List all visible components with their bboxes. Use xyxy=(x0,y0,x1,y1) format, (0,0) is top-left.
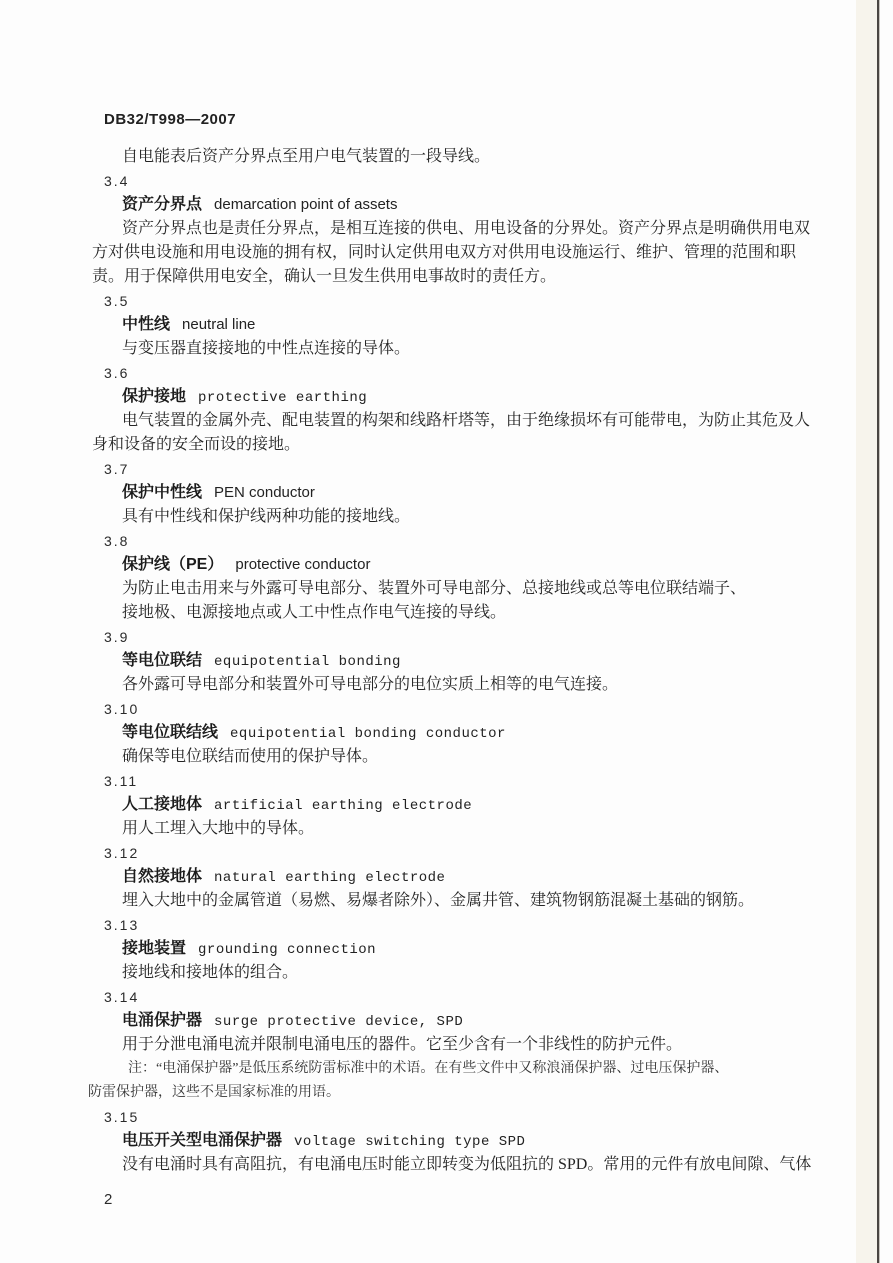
body-line: 接地极、电源接地点或人工中性点作电气连接的导线。 xyxy=(122,601,860,625)
term-en: protective conductor xyxy=(235,556,370,573)
body-line: 方对供电设施和用电设施的拥有权，同时认定供用电双方对供用电设施运行、维护、管理的… xyxy=(92,241,860,265)
page-content: DB32/T998—2007 自电能表后资产分界点至用户电气装置的一段导线。 3… xyxy=(0,108,860,1208)
term-line: 中性线neutral line xyxy=(122,313,860,337)
note-line: 防雷保护器，这些不是国家标准的用语。 xyxy=(88,1081,860,1105)
section-3-5: 3.5 中性线neutral line 与变压器直接接地的中性点连接的导体。 xyxy=(0,289,860,361)
section-3-7: 3.7 保护中性线PEN conductor 具有中性线和保护线两种功能的接地线… xyxy=(0,457,860,529)
term-zh: 接地装置 xyxy=(122,940,186,957)
term-en: PEN conductor xyxy=(214,484,315,501)
term-zh: 电涌保护器 xyxy=(122,1012,202,1029)
body-line: 没有电涌时具有高阻抗，有电涌电压时能立即转变为低阻抗的 SPD。常用的元件有放电… xyxy=(122,1153,860,1177)
body-line: 具有中性线和保护线两种功能的接地线。 xyxy=(122,505,860,529)
term-en: voltage switching type SPD xyxy=(294,1134,525,1150)
body-line: 为防止电击用来与外露可导电部分、装置外可导电部分、总接地线或总等电位联结端子、 xyxy=(122,577,860,601)
term-line: 资产分界点demarcation point of assets xyxy=(122,193,860,217)
body-line: 埋入大地中的金属管道（易燃、易爆者除外）、金属井管、建筑物钢筋混凝土基础的钢筋。 xyxy=(122,889,860,913)
body-line: 责。用于保障供用电安全，确认一旦发生供用电事故时的责任方。 xyxy=(92,265,860,289)
document-code-header: DB32/T998—2007 xyxy=(104,108,860,132)
term-en: equipotential bonding xyxy=(214,654,401,670)
term-line: 等电位联结线equipotential bonding conductor xyxy=(122,721,860,745)
term-zh: 自然接地体 xyxy=(122,868,202,885)
body-line: 资产分界点也是责任分界点，是相互连接的供电、用电设备的分界处。资产分界点是明确供… xyxy=(122,217,860,241)
section-number: 3.10 xyxy=(104,697,860,721)
section-number: 3.12 xyxy=(104,841,860,865)
term-zh: 保护线（PE） xyxy=(122,556,223,573)
term-zh: 保护中性线 xyxy=(122,484,202,501)
section-number: 3.11 xyxy=(104,769,860,793)
term-zh: 人工接地体 xyxy=(122,796,202,813)
section-3-14: 3.14 电涌保护器surge protective device, SPD 用… xyxy=(0,985,860,1105)
term-zh: 等电位联结 xyxy=(122,652,202,669)
term-en: surge protective device, SPD xyxy=(214,1014,463,1030)
page-number: 2 xyxy=(104,1191,860,1208)
body-line: 确保等电位联结而使用的保护导体。 xyxy=(122,745,860,769)
term-zh: 等电位联结线 xyxy=(122,724,218,741)
section-number: 3.7 xyxy=(104,457,860,481)
term-en: demarcation point of assets xyxy=(214,196,397,213)
section-3-11: 3.11 人工接地体artificial earthing electrode … xyxy=(0,769,860,841)
section-number: 3.9 xyxy=(104,625,860,649)
term-zh: 资产分界点 xyxy=(122,196,202,213)
term-line: 自然接地体natural earthing electrode xyxy=(122,865,860,889)
term-line: 等电位联结equipotential bonding xyxy=(122,649,860,673)
body-line: 用于分泄电涌电流并限制电涌电压的器件。它至少含有一个非线性的防护元件。 xyxy=(122,1033,860,1057)
term-line: 保护线（PE）protective conductor xyxy=(122,553,860,577)
body-line: 电气装置的金属外壳、配电装置的构架和线路杆塔等，由于绝缘损坏有可能带电，为防止其… xyxy=(122,409,860,433)
document-page: DB32/T998—2007 自电能表后资产分界点至用户电气装置的一段导线。 3… xyxy=(0,0,893,1263)
body-line: 用人工埋入大地中的导体。 xyxy=(122,817,860,841)
section-3-13: 3.13 接地装置grounding connection 接地线和接地体的组合… xyxy=(0,913,860,985)
section-number: 3.14 xyxy=(104,985,860,1009)
body-line: 接地线和接地体的组合。 xyxy=(122,961,860,985)
term-en: natural earthing electrode xyxy=(214,870,445,886)
term-line: 保护接地protective earthing xyxy=(122,385,860,409)
section-number: 3.4 xyxy=(104,169,860,193)
term-line: 人工接地体artificial earthing electrode xyxy=(122,793,860,817)
section-3-10: 3.10 等电位联结线equipotential bonding conduct… xyxy=(0,697,860,769)
term-line: 接地装置grounding connection xyxy=(122,937,860,961)
section-3-12: 3.12 自然接地体natural earthing electrode 埋入大… xyxy=(0,841,860,913)
term-en: equipotential bonding conductor xyxy=(230,726,506,742)
section-number: 3.15 xyxy=(104,1105,860,1129)
term-zh: 电压开关型电涌保护器 xyxy=(122,1132,282,1149)
body-line: 与变压器直接接地的中性点连接的导体。 xyxy=(122,337,860,361)
term-en: artificial earthing electrode xyxy=(214,798,472,814)
body-line: 身和设备的安全而设的接地。 xyxy=(92,433,860,457)
scan-edge-highlight xyxy=(879,0,880,1263)
term-line: 电压开关型电涌保护器voltage switching type SPD xyxy=(122,1129,860,1153)
note-line: 注：“电涌保护器”是低压系统防雷标准中的术语。在有些文件中又称浪涌保护器、过电压… xyxy=(128,1057,860,1081)
section-number: 3.5 xyxy=(104,289,860,313)
term-line: 电涌保护器surge protective device, SPD xyxy=(122,1009,860,1033)
section-3-15: 3.15 电压开关型电涌保护器voltage switching type SP… xyxy=(0,1105,860,1177)
section-number: 3.6 xyxy=(104,361,860,385)
term-line: 保护中性线PEN conductor xyxy=(122,481,860,505)
section-number: 3.8 xyxy=(104,529,860,553)
section-3-4: 3.4 资产分界点demarcation point of assets 资产分… xyxy=(0,169,860,289)
section-number: 3.13 xyxy=(104,913,860,937)
body-line: 各外露可导电部分和装置外可导电部分的电位实质上相等的电气连接。 xyxy=(122,673,860,697)
term-en: protective earthing xyxy=(198,390,367,406)
section-3-6: 3.6 保护接地protective earthing 电气装置的金属外壳、配电… xyxy=(0,361,860,457)
term-en: grounding connection xyxy=(198,942,376,958)
term-en: neutral line xyxy=(182,316,255,333)
intro-paragraph-line: 自电能表后资产分界点至用户电气装置的一段导线。 xyxy=(122,145,860,169)
section-3-8: 3.8 保护线（PE）protective conductor 为防止电击用来与… xyxy=(0,529,860,625)
section-3-9: 3.9 等电位联结equipotential bonding 各外露可导电部分和… xyxy=(0,625,860,697)
term-zh: 保护接地 xyxy=(122,388,186,405)
term-zh: 中性线 xyxy=(122,316,170,333)
